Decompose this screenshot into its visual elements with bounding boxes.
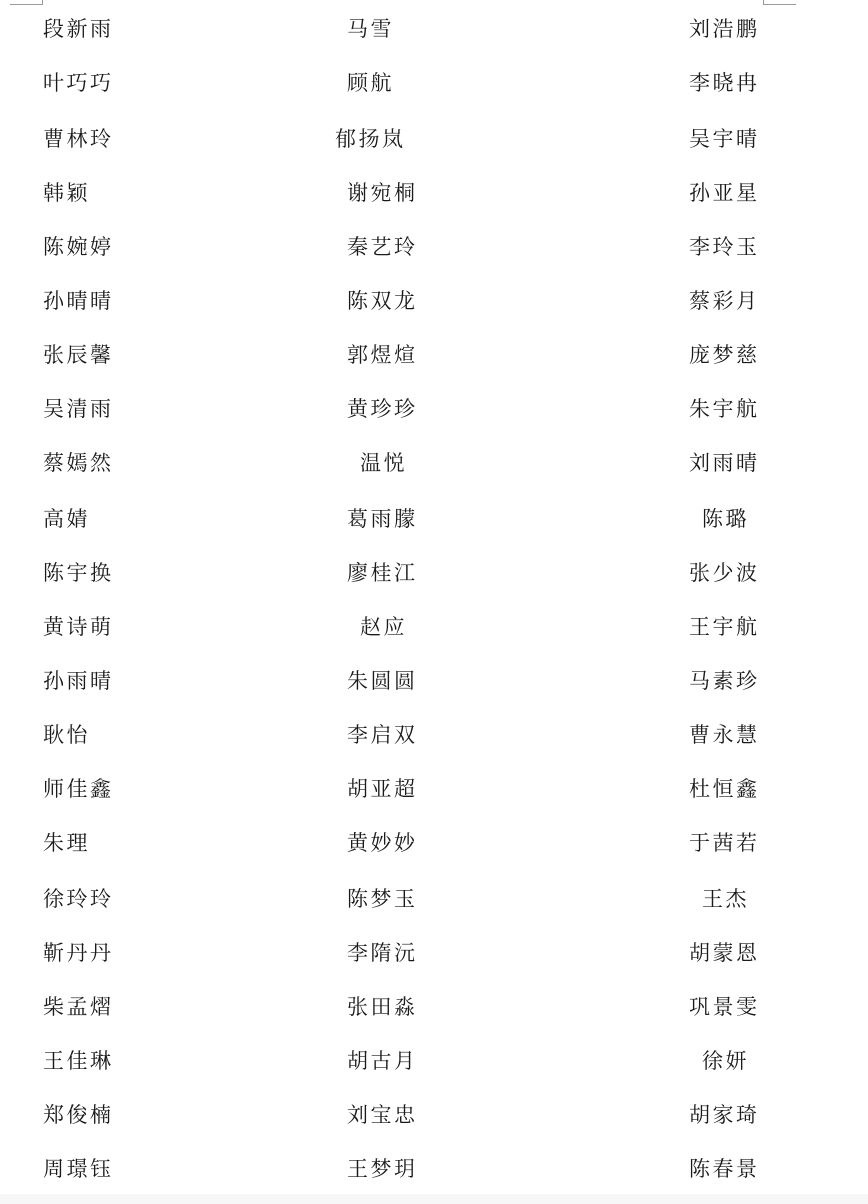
name-cell: 蔡彩月 [689, 286, 760, 316]
name-row: 孙雨晴 朱圆圆 马素珍 [0, 666, 868, 696]
name-cell: 徐妍 [702, 1046, 749, 1076]
name-cell: 廖桂江 [347, 558, 418, 588]
name-cell: 马雪 [347, 14, 394, 44]
name-cell: 曹永慧 [689, 720, 760, 750]
name-cell: 朱理 [43, 828, 90, 858]
name-cell: 张辰馨 [43, 340, 114, 370]
name-cell: 赵应 [360, 612, 407, 642]
name-cell: 郭煜煊 [347, 340, 418, 370]
name-cell: 李玲玉 [689, 232, 760, 262]
name-row: 蔡嫣然 温悦 刘雨晴 [0, 448, 868, 478]
name-cell: 黄诗萌 [43, 612, 114, 642]
name-row: 张辰馨 郭煜煊 庞梦慈 [0, 340, 868, 370]
name-cell: 刘雨晴 [689, 448, 760, 478]
name-row: 段新雨 马雪 刘浩鹏 [0, 14, 868, 44]
name-cell: 胡亚超 [347, 774, 418, 804]
name-cell: 黄妙妙 [347, 828, 418, 858]
name-cell: 顾航 [347, 68, 394, 98]
name-cell: 刘浩鹏 [689, 14, 760, 44]
name-cell: 胡蒙恩 [689, 938, 760, 968]
name-cell: 朱宇航 [689, 394, 760, 424]
name-cell: 段新雨 [43, 14, 114, 44]
name-cell: 曹林玲 [43, 124, 114, 154]
page-corner-mark-right [763, 0, 796, 5]
name-cell: 黄珍珍 [347, 394, 418, 424]
name-cell: 陈梦玉 [347, 884, 418, 914]
name-cell: 王佳琳 [43, 1046, 114, 1076]
name-cell: 陈婉婷 [43, 232, 114, 262]
name-cell: 李启双 [347, 720, 418, 750]
name-cell: 孙亚星 [689, 178, 760, 208]
name-cell: 庞梦慈 [689, 340, 760, 370]
name-cell: 谢宛桐 [347, 178, 418, 208]
name-cell: 陈春景 [689, 1154, 760, 1184]
name-cell: 张少波 [689, 558, 760, 588]
name-row: 黄诗萌 赵应 王宇航 [0, 612, 868, 642]
name-cell: 王杰 [702, 884, 749, 914]
name-cell: 徐玲玲 [43, 884, 114, 914]
name-row: 孙晴晴 陈双龙 蔡彩月 [0, 286, 868, 316]
name-cell: 马素珍 [689, 666, 760, 696]
name-row: 靳丹丹 李隋沅 胡蒙恩 [0, 938, 868, 968]
name-cell: 耿怡 [43, 720, 90, 750]
name-cell: 郑俊楠 [43, 1100, 114, 1130]
name-row: 朱理 黄妙妙 于茜若 [0, 828, 868, 858]
name-cell: 高婧 [43, 504, 90, 534]
name-cell: 蔡嫣然 [43, 448, 114, 478]
name-cell: 张田淼 [347, 992, 418, 1022]
name-cell: 王梦玥 [347, 1154, 418, 1184]
name-cell: 孙晴晴 [43, 286, 114, 316]
name-row: 陈宇换 廖桂江 张少波 [0, 558, 868, 588]
name-row: 高婧 葛雨朦 陈璐 [0, 504, 868, 534]
name-row: 柴孟熠 张田淼 巩景雯 [0, 992, 868, 1022]
name-cell: 巩景雯 [689, 992, 760, 1022]
name-row: 吴清雨 黄珍珍 朱宇航 [0, 394, 868, 424]
document-page: 段新雨 马雪 刘浩鹏 叶巧巧 顾航 李晓冉 曹林玲 郁扬岚 吴宇晴 韩颖 谢宛桐… [0, 0, 868, 1194]
name-cell: 陈双龙 [347, 286, 418, 316]
name-cell: 王宇航 [689, 612, 760, 642]
name-row: 曹林玲 郁扬岚 吴宇晴 [0, 124, 868, 154]
name-cell: 秦艺玲 [347, 232, 418, 262]
name-cell: 陈宇换 [43, 558, 114, 588]
name-row: 王佳琳 胡古月 徐妍 [0, 1046, 868, 1076]
name-row: 徐玲玲 陈梦玉 王杰 [0, 884, 868, 914]
name-cell: 李隋沅 [347, 938, 418, 968]
name-cell: 韩颖 [43, 178, 90, 208]
name-cell: 靳丹丹 [43, 938, 114, 968]
page-corner-mark-left [10, 0, 43, 5]
name-cell: 于茜若 [689, 828, 760, 858]
name-cell: 李晓冉 [689, 68, 760, 98]
name-cell: 叶巧巧 [43, 68, 114, 98]
name-row: 叶巧巧 顾航 李晓冉 [0, 68, 868, 98]
name-row: 周璟钰 王梦玥 陈春景 [0, 1154, 868, 1184]
name-cell: 吴清雨 [43, 394, 114, 424]
name-cell: 郁扬岚 [335, 124, 406, 154]
name-cell: 师佳鑫 [43, 774, 114, 804]
name-cell: 杜恒鑫 [689, 774, 760, 804]
name-cell: 孙雨晴 [43, 666, 114, 696]
name-cell: 朱圆圆 [347, 666, 418, 696]
page-bottom-edge [0, 1194, 868, 1204]
name-row: 师佳鑫 胡亚超 杜恒鑫 [0, 774, 868, 804]
name-cell: 胡古月 [347, 1046, 418, 1076]
name-cell: 葛雨朦 [347, 504, 418, 534]
name-row: 陈婉婷 秦艺玲 李玲玉 [0, 232, 868, 262]
name-cell: 柴孟熠 [43, 992, 114, 1022]
name-cell: 陈璐 [702, 504, 749, 534]
name-row: 耿怡 李启双 曹永慧 [0, 720, 868, 750]
name-cell: 温悦 [360, 448, 407, 478]
name-row: 郑俊楠 刘宝忠 胡家琦 [0, 1100, 868, 1130]
name-cell: 胡家琦 [689, 1100, 760, 1130]
name-cell: 周璟钰 [43, 1154, 114, 1184]
name-cell: 刘宝忠 [347, 1100, 418, 1130]
name-row: 韩颖 谢宛桐 孙亚星 [0, 178, 868, 208]
name-cell: 吴宇晴 [689, 124, 760, 154]
